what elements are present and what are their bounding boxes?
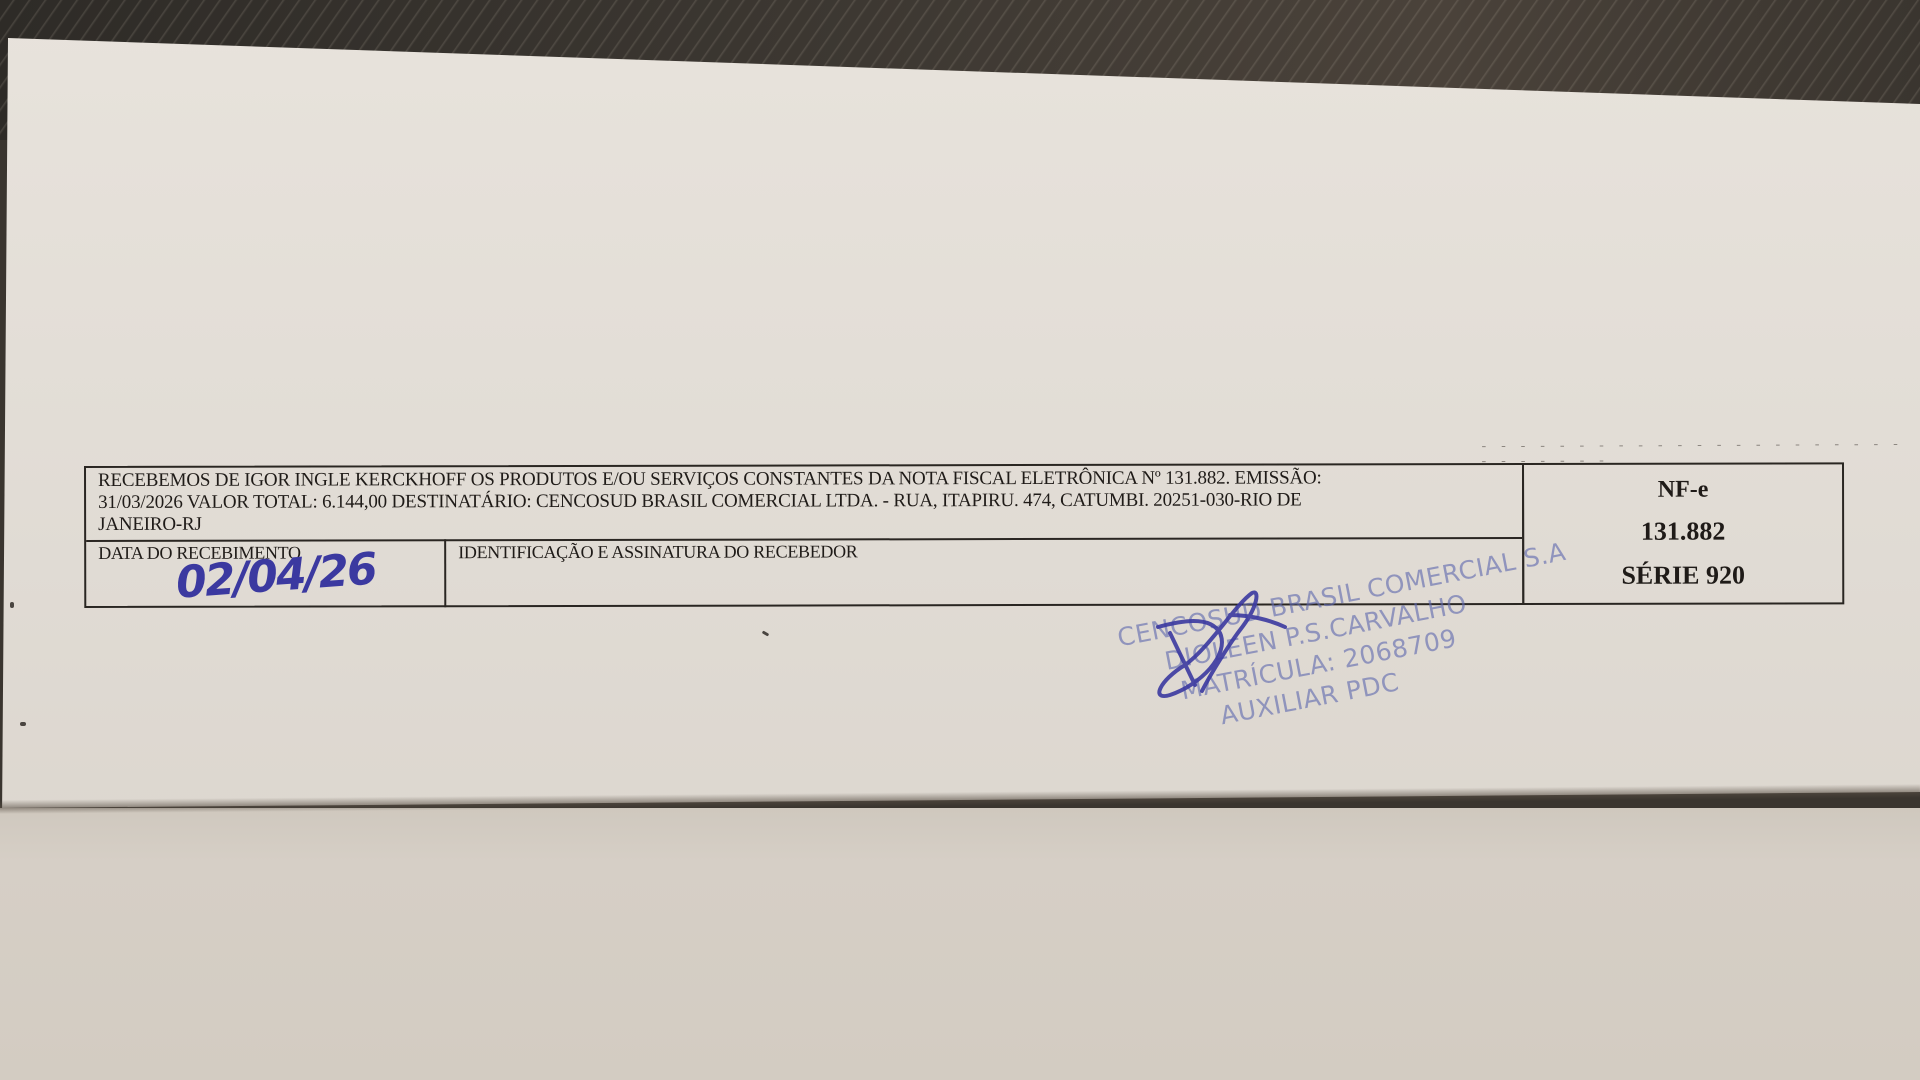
date-received-cell[interactable]: DATA DO RECEBIMENTO 02/04/26 [86,539,446,608]
receiver-signature-label: IDENTIFICAÇÃO E ASSINATURA DO RECEBEDOR [458,541,857,563]
nfe-title: NF-e [1524,476,1842,504]
lower-paper-sheet [0,808,1920,1080]
receipt-line-2: 31/03/2026 VALOR TOTAL: 6.144,00 DESTINA… [98,489,1510,514]
nfe-number: 131.882 [1524,516,1842,547]
nfe-series: SÉRIE 920 [1524,560,1842,591]
receipt-line-1: RECEBEMOS DE IGOR INGLE KERCKHOFF OS PRO… [98,467,1510,492]
receipt-stub: RECEBEMOS DE IGOR INGLE KERCKHOFF OS PRO… [84,462,1842,608]
nfe-number-box: NF-e 131.882 SÉRIE 920 [1522,462,1844,605]
stray-mark [10,602,14,608]
receipt-line-3: JANEIRO-RJ [98,511,1510,536]
handwritten-signature-icon [1140,585,1290,705]
receipt-statement: RECEBEMOS DE IGOR INGLE KERCKHOFF OS PRO… [86,465,1522,542]
stray-mark [20,722,26,726]
